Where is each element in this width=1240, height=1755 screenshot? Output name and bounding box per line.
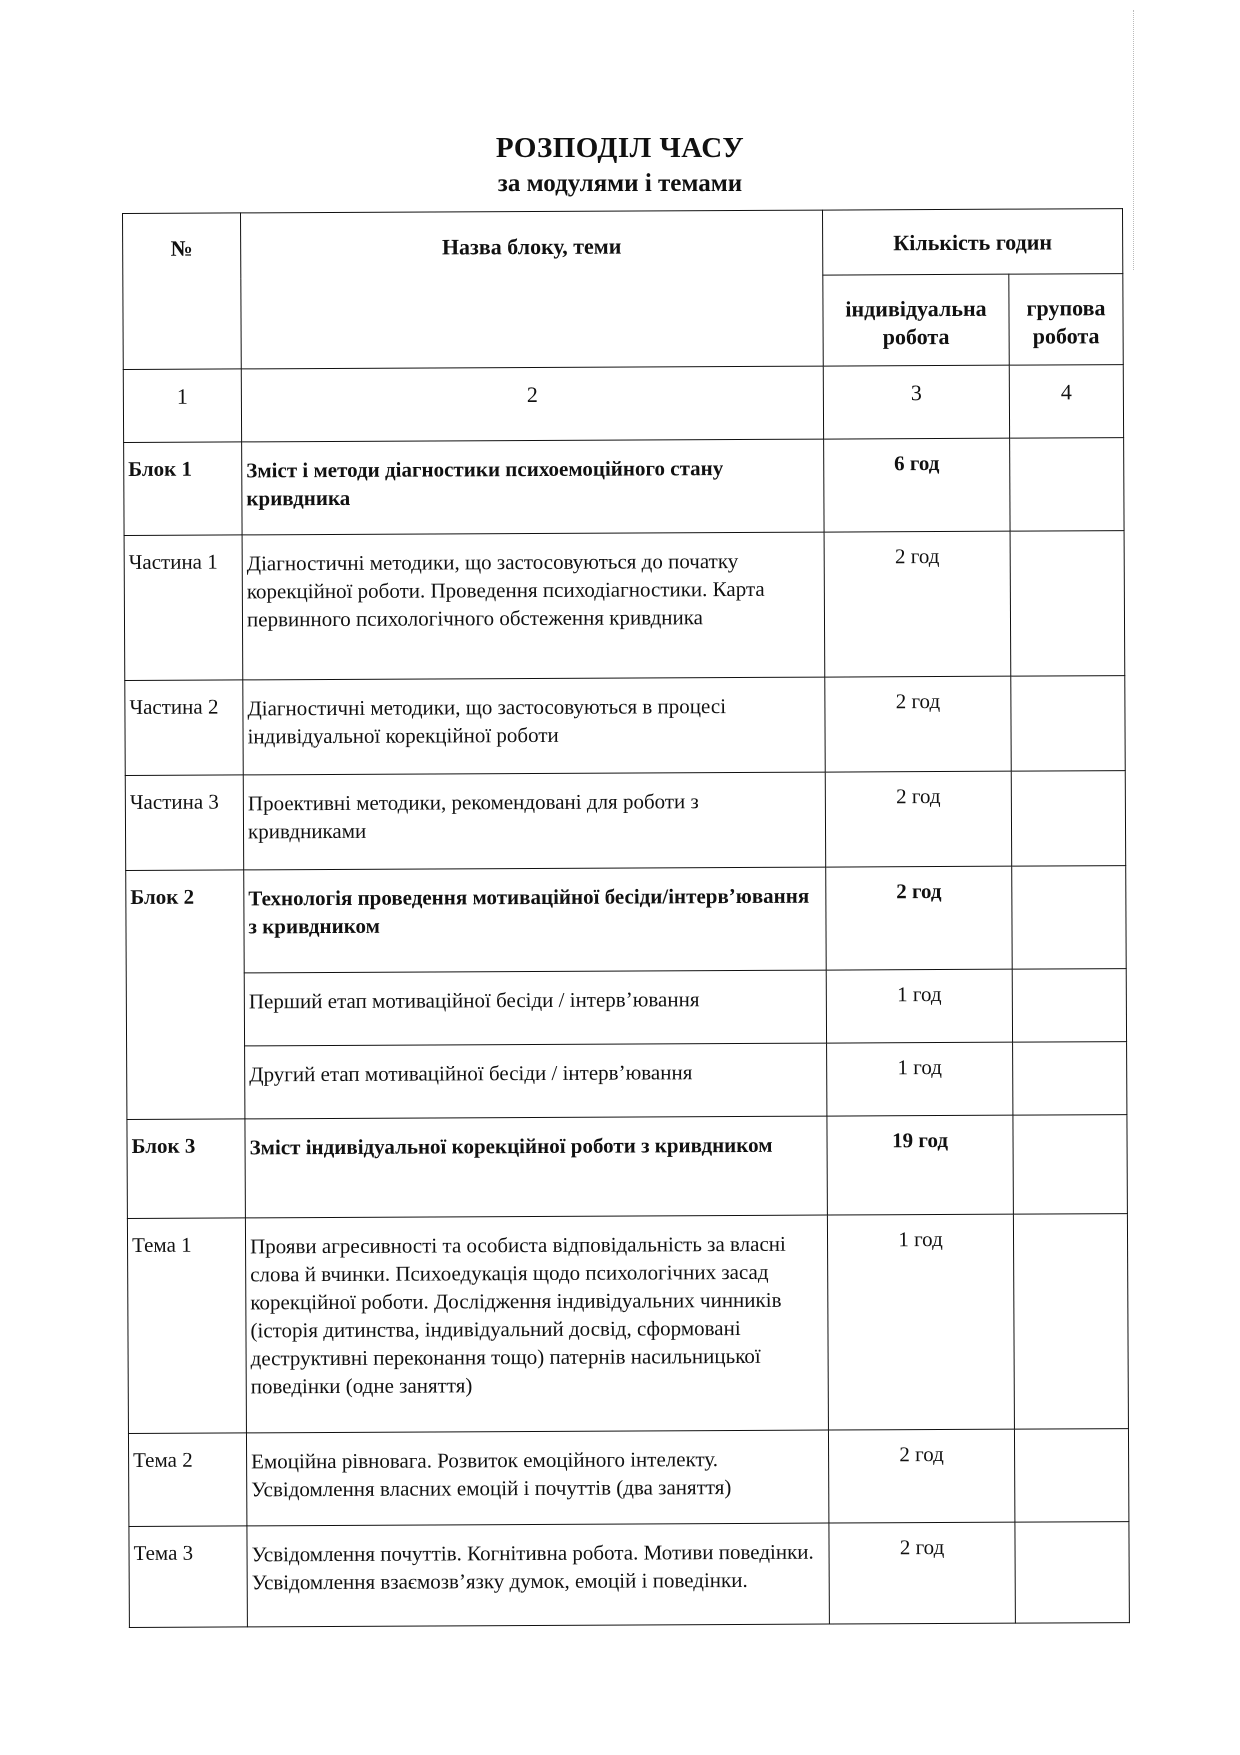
row-group-hours (1014, 1429, 1128, 1523)
column-number-row: 1 2 3 4 (123, 365, 1123, 443)
row-group-hours (1013, 1214, 1128, 1430)
table-row-block-2-stage-2: Другий етап мотиваційної бесіди / інтерв… (127, 1042, 1127, 1120)
row-label: Блок 1 (124, 442, 242, 536)
row-name: Перший етап мотиваційної бесіди / інтерв… (244, 970, 826, 1046)
row-name: Прояви агресивності та особиста відповід… (245, 1215, 828, 1433)
row-individual-hours: 19 год (827, 1115, 1013, 1215)
row-group-hours (1010, 438, 1124, 532)
row-group-hours (1011, 771, 1125, 867)
table-row-part-3: Частина 3 Проективні методики, рекомендо… (125, 771, 1125, 871)
document-title: РОЗПОДІЛ ЧАСУ (0, 132, 1240, 165)
document-subtitle: за модулями і темами (0, 170, 1240, 198)
row-group-hours (1012, 969, 1126, 1043)
header-group: групова робота (1009, 274, 1123, 366)
row-label: Тема 2 (128, 1433, 246, 1527)
row-group-hours (1012, 866, 1127, 970)
table-row-block-2-stage-1: Перший етап мотиваційної бесіди / інтерв… (126, 969, 1126, 1047)
table-row-block-1: Блок 1 Зміст і методи діагностики психое… (124, 438, 1124, 536)
table-row-block-2: Блок 2 Технологія проведення мотиваційно… (126, 866, 1127, 974)
row-individual-hours: 2 год (824, 531, 1011, 677)
row-group-hours (1013, 1042, 1127, 1116)
row-label: Частина 3 (125, 775, 243, 871)
row-name: Усвідомлення почуттів. Когнітивна робота… (247, 1523, 829, 1627)
row-individual-hours: 1 год (826, 969, 1012, 1043)
row-individual-hours: 2 год (825, 676, 1011, 772)
table-row-topic-3: Тема 3 Усвідомлення почуттів. Когнітивна… (129, 1522, 1129, 1628)
column-number: 3 (823, 365, 1009, 439)
time-allocation-table: № Назва блоку, теми Кількість годин інди… (122, 208, 1130, 1628)
row-name: Зміст індивідуальної корекційної роботи … (245, 1116, 827, 1218)
row-individual-hours: 2 год (829, 1522, 1015, 1624)
column-number: 1 (123, 369, 241, 443)
row-individual-hours: 2 год (825, 771, 1011, 867)
table-row-block-3: Блок 3 Зміст індивідуальної корекційної … (127, 1115, 1127, 1219)
row-individual-hours: 1 год (827, 1042, 1013, 1116)
row-group-hours (1011, 676, 1125, 772)
row-label: Тема 1 (127, 1218, 246, 1434)
row-individual-hours: 1 год (827, 1214, 1014, 1430)
row-individual-hours: 2 год (826, 866, 1013, 970)
scan-artifact (1133, 10, 1135, 270)
table-row-topic-1: Тема 1 Прояви агресивності та особиста в… (127, 1214, 1128, 1434)
row-individual-hours: 2 год (828, 1429, 1014, 1523)
header-hours: Кількість годин (822, 209, 1122, 275)
row-group-hours (1015, 1522, 1130, 1624)
table-row-part-1: Частина 1 Діагностичні методики, що заст… (124, 531, 1125, 681)
header-number: № (123, 213, 242, 370)
row-label: Частина 1 (124, 535, 243, 681)
row-name: Діагностичні методики, що застосовуються… (243, 677, 825, 775)
row-label: Блок 3 (127, 1119, 245, 1219)
table-row-part-2: Частина 2 Діагностичні методики, що заст… (125, 676, 1125, 776)
column-number: 2 (241, 366, 823, 442)
row-name: Технологія проведення мотиваційної бесід… (244, 867, 826, 973)
row-name: Зміст і методи діагностики психоемоційно… (242, 439, 824, 535)
row-name: Діагностичні методики, що застосовуються… (242, 532, 825, 680)
row-name: Проективні методики, рекомендовані для р… (243, 772, 825, 870)
header-individual: індивідуальна робота (823, 274, 1009, 366)
row-label: Тема 3 (129, 1526, 247, 1628)
header-name: Назва блоку, теми (241, 210, 824, 369)
row-label: Блок 2 (126, 870, 245, 1120)
row-name: Другий етап мотиваційної бесіди / інтерв… (245, 1043, 827, 1119)
row-label: Частина 2 (125, 680, 243, 776)
table-row-topic-2: Тема 2 Емоційна рівновага. Розвиток емоц… (128, 1429, 1128, 1527)
column-number: 4 (1009, 365, 1123, 439)
row-group-hours (1013, 1115, 1127, 1215)
row-name: Емоційна рівновага. Розвиток емоційного … (246, 1430, 828, 1526)
row-group-hours (1010, 531, 1125, 677)
row-individual-hours: 6 год (824, 438, 1010, 532)
